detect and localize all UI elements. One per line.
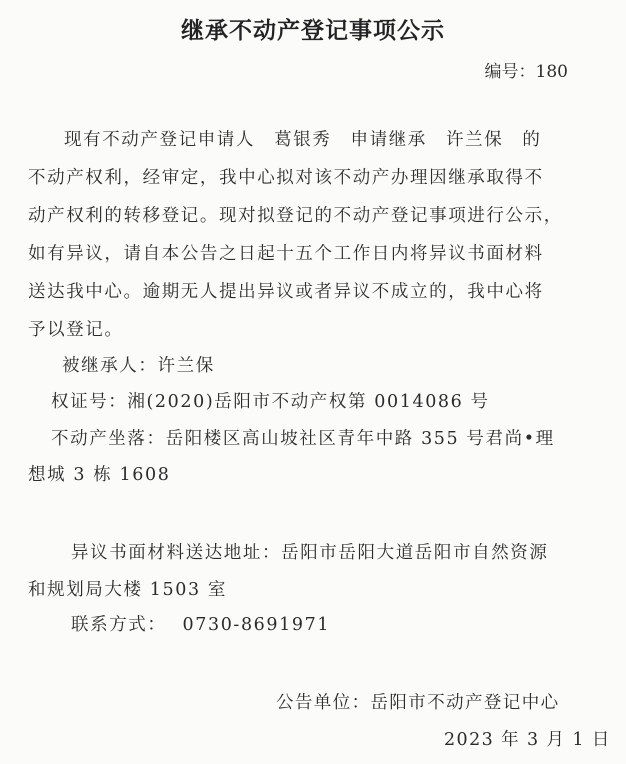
location-value-line2: 想城 3 栋 1608 [28, 462, 600, 488]
body-line-6: 予以登记。 [28, 317, 600, 343]
contact-row: 联系方式：0730-8691971 [71, 612, 626, 638]
certificate-label: 权证号： [51, 392, 127, 412]
issuer-label: 公告单位： [276, 693, 371, 713]
location-row: 不动产坐落：岳阳楼区高山坡社区青年中路 355 号君尚•理 [51, 426, 623, 452]
objection-address-line1: 岳阳市岳阳大道岳阳市自然资源 [281, 543, 548, 563]
decedent-label: 被继承人： [62, 356, 158, 376]
notice-document: 继承不动产登记事项公示 编号：180 现有不动产登记申请人 葛银秀 申请继承 许… [0, 0, 626, 764]
serial-number: 编号：180 [485, 57, 568, 82]
serial-label: 编号： [485, 62, 536, 82]
body-line-2: 不动产权利，经审定，我中心拟对该不动产办理因继承取得不 [28, 165, 600, 191]
objection-address-line2: 和规划局大楼 1503 室 [28, 577, 600, 603]
body-line-5: 送达我中心。逾期无人提出异议或者异议不成立的，我中心将 [28, 279, 600, 305]
objection-address-label: 异议书面材料送达地址： [71, 543, 281, 563]
issuer-value: 岳阳市不动产登记中心 [371, 693, 560, 713]
decedent-value: 许兰保 [158, 356, 215, 376]
objection-address-row: 异议书面材料送达地址：岳阳市岳阳大道岳阳市自然资源 [71, 540, 626, 566]
body-line-4: 如有异议，请自本公告之日起十五个工作日内将异议书面材料 [28, 241, 600, 267]
certificate-value: 湘(2020)岳阳市不动产权第 0014086 号 [127, 392, 489, 412]
document-title: 继承不动产登记事项公示 [0, 12, 626, 45]
decedent-row: 被继承人：许兰保 [62, 353, 626, 379]
certificate-row: 权证号：湘(2020)岳阳市不动产权第 0014086 号 [51, 389, 623, 415]
notice-date: 2023 年 3 月 1 日 [444, 726, 611, 751]
contact-value: 0730-8691971 [183, 615, 331, 635]
location-label: 不动产坐落： [51, 429, 166, 449]
contact-label: 联系方式： [71, 615, 167, 635]
issuer-row: 公告单位：岳阳市不动产登记中心 [276, 689, 560, 714]
body-line-1: 现有不动产登记申请人 葛银秀 申请继承 许兰保 的 [64, 127, 596, 153]
location-value-line1: 岳阳楼区高山坡社区青年中路 355 号君尚•理 [166, 429, 555, 449]
serial-value: 180 [536, 62, 568, 82]
body-line-3: 动产权利的转移登记。现对拟登记的不动产登记事项进行公示， [28, 203, 600, 229]
